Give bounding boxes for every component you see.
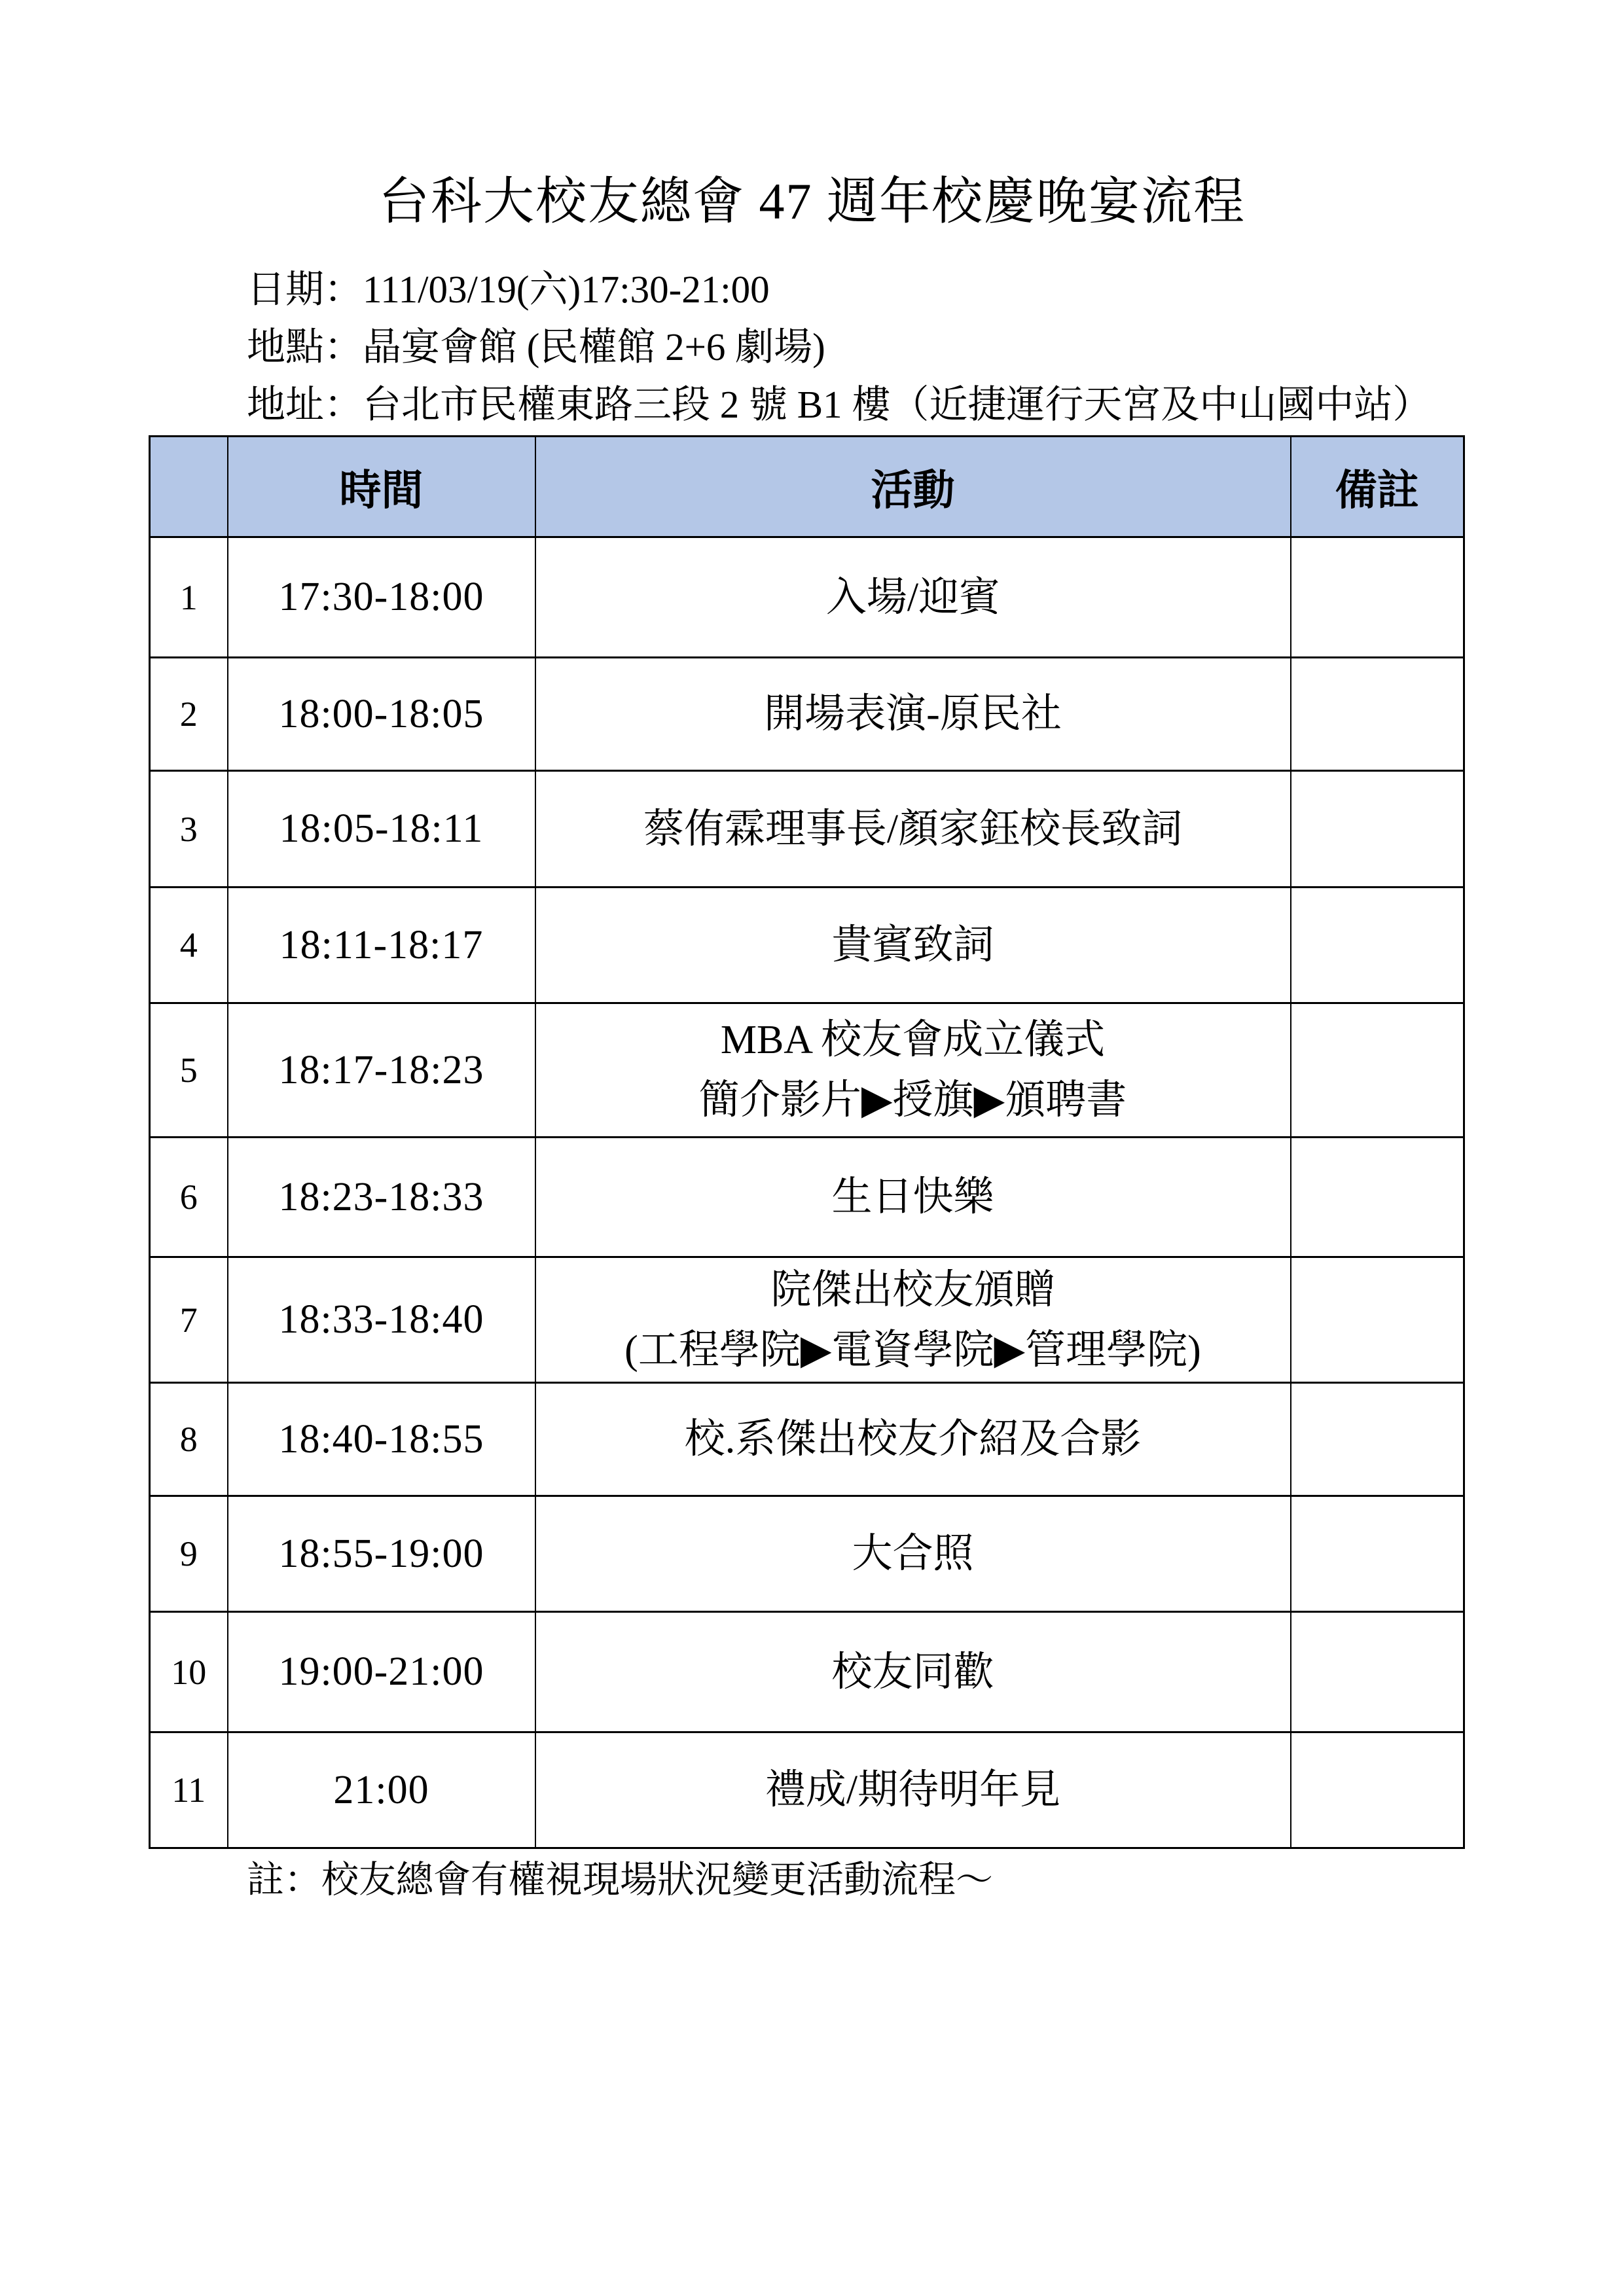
- remarks-cell: [1291, 888, 1464, 1003]
- time-cell: 17:30-18:00: [228, 537, 535, 658]
- row-number-cell: 9: [150, 1496, 228, 1612]
- time-cell: 18:55-19:00: [228, 1496, 535, 1612]
- activity-cell: 校友同歡: [535, 1612, 1291, 1732]
- remarks-cell: [1291, 658, 1464, 771]
- header-cell-activity: 活動: [535, 437, 1291, 537]
- remarks-cell: [1291, 1138, 1464, 1257]
- activity-cell: 蔡侑霖理事長/顏家鈺校長致詞: [535, 771, 1291, 888]
- remarks-cell: [1291, 1383, 1464, 1496]
- table-row: 6 18:23-18:33 生日快樂: [150, 1138, 1464, 1257]
- row-number-cell: 2: [150, 658, 228, 771]
- activity-cell: 校.系傑出校友介紹及合影: [535, 1383, 1291, 1496]
- time-cell: 18:17-18:23: [228, 1003, 535, 1138]
- info-address-line: 地址：台北市民權東路三段 2 號 B1 樓（近捷運行天宮及中山國中站）: [247, 376, 1431, 433]
- remarks-cell: [1291, 771, 1464, 888]
- remarks-cell: [1291, 1003, 1464, 1138]
- activity-cell: 禮成/期待明年見: [535, 1732, 1291, 1848]
- time-cell: 18:33-18:40: [228, 1257, 535, 1383]
- remarks-cell: [1291, 537, 1464, 658]
- row-number-cell: 6: [150, 1138, 228, 1257]
- table-row: 3 18:05-18:11 蔡侑霖理事長/顏家鈺校長致詞: [150, 771, 1464, 888]
- table-row: 11 21:00 禮成/期待明年見: [150, 1732, 1464, 1848]
- table-row: 8 18:40-18:55 校.系傑出校友介紹及合影: [150, 1383, 1464, 1496]
- time-cell: 18:05-18:11: [228, 771, 535, 888]
- table-row: 9 18:55-19:00 大合照: [150, 1496, 1464, 1612]
- activity-cell: 開場表演-原民社: [535, 658, 1291, 771]
- activity-cell: 院傑出校友頒贈 (工程學院▶電資學院▶管理學院): [535, 1257, 1291, 1383]
- time-cell: 19:00-21:00: [228, 1612, 535, 1732]
- activity-cell: 入場/迎賓: [535, 537, 1291, 658]
- header-cell-index: [150, 437, 228, 537]
- info-date-line: 日期：111/03/19(六)17:30-21:00: [247, 260, 1431, 318]
- time-cell: 18:23-18:33: [228, 1138, 535, 1257]
- time-cell: 18:11-18:17: [228, 888, 535, 1003]
- info-venue-line: 地點：晶宴會館 (民權館 2+6 劇場): [247, 318, 1431, 376]
- row-number-cell: 5: [150, 1003, 228, 1138]
- remarks-cell: [1291, 1612, 1464, 1732]
- page-title: 台科大校友總會 47 週年校慶晚宴流程: [0, 165, 1624, 238]
- time-cell: 18:40-18:55: [228, 1383, 535, 1496]
- row-number-cell: 7: [150, 1257, 228, 1383]
- table-row: 2 18:00-18:05 開場表演-原民社: [150, 658, 1464, 771]
- document-page: 台科大校友總會 47 週年校慶晚宴流程 日期：111/03/19(六)17:30…: [0, 0, 1624, 2296]
- time-cell: 21:00: [228, 1732, 535, 1848]
- event-info: 日期：111/03/19(六)17:30-21:00 地點：晶宴會館 (民權館 …: [247, 260, 1431, 433]
- row-number-cell: 4: [150, 888, 228, 1003]
- row-number-cell: 10: [150, 1612, 228, 1732]
- row-number-cell: 8: [150, 1383, 228, 1496]
- header-cell-remarks: 備註: [1291, 437, 1464, 537]
- table-row: 5 18:17-18:23 MBA 校友會成立儀式 簡介影片▶授旗▶頒聘書: [150, 1003, 1464, 1138]
- remarks-cell: [1291, 1732, 1464, 1848]
- activity-cell: MBA 校友會成立儀式 簡介影片▶授旗▶頒聘書: [535, 1003, 1291, 1138]
- remarks-cell: [1291, 1496, 1464, 1612]
- row-number-cell: 11: [150, 1732, 228, 1848]
- activity-cell: 大合照: [535, 1496, 1291, 1612]
- table-row: 4 18:11-18:17 貴賓致詞: [150, 888, 1464, 1003]
- table-row: 1 17:30-18:00 入場/迎賓: [150, 537, 1464, 658]
- schedule-table: 時間 活動 備註 1 17:30-18:00 入場/迎賓 2 18:00-18:…: [149, 435, 1465, 1849]
- row-number-cell: 1: [150, 537, 228, 658]
- row-number-cell: 3: [150, 771, 228, 888]
- footer-note: 註：校友總會有權視現場狀況變更活動流程～: [247, 1857, 993, 1903]
- table-header-row: 時間 活動 備註: [150, 437, 1464, 537]
- header-cell-time: 時間: [228, 437, 535, 537]
- activity-cell: 貴賓致詞: [535, 888, 1291, 1003]
- time-cell: 18:00-18:05: [228, 658, 535, 771]
- activity-cell: 生日快樂: [535, 1138, 1291, 1257]
- remarks-cell: [1291, 1257, 1464, 1383]
- table-row: 10 19:00-21:00 校友同歡: [150, 1612, 1464, 1732]
- table-row: 7 18:33-18:40 院傑出校友頒贈 (工程學院▶電資學院▶管理學院): [150, 1257, 1464, 1383]
